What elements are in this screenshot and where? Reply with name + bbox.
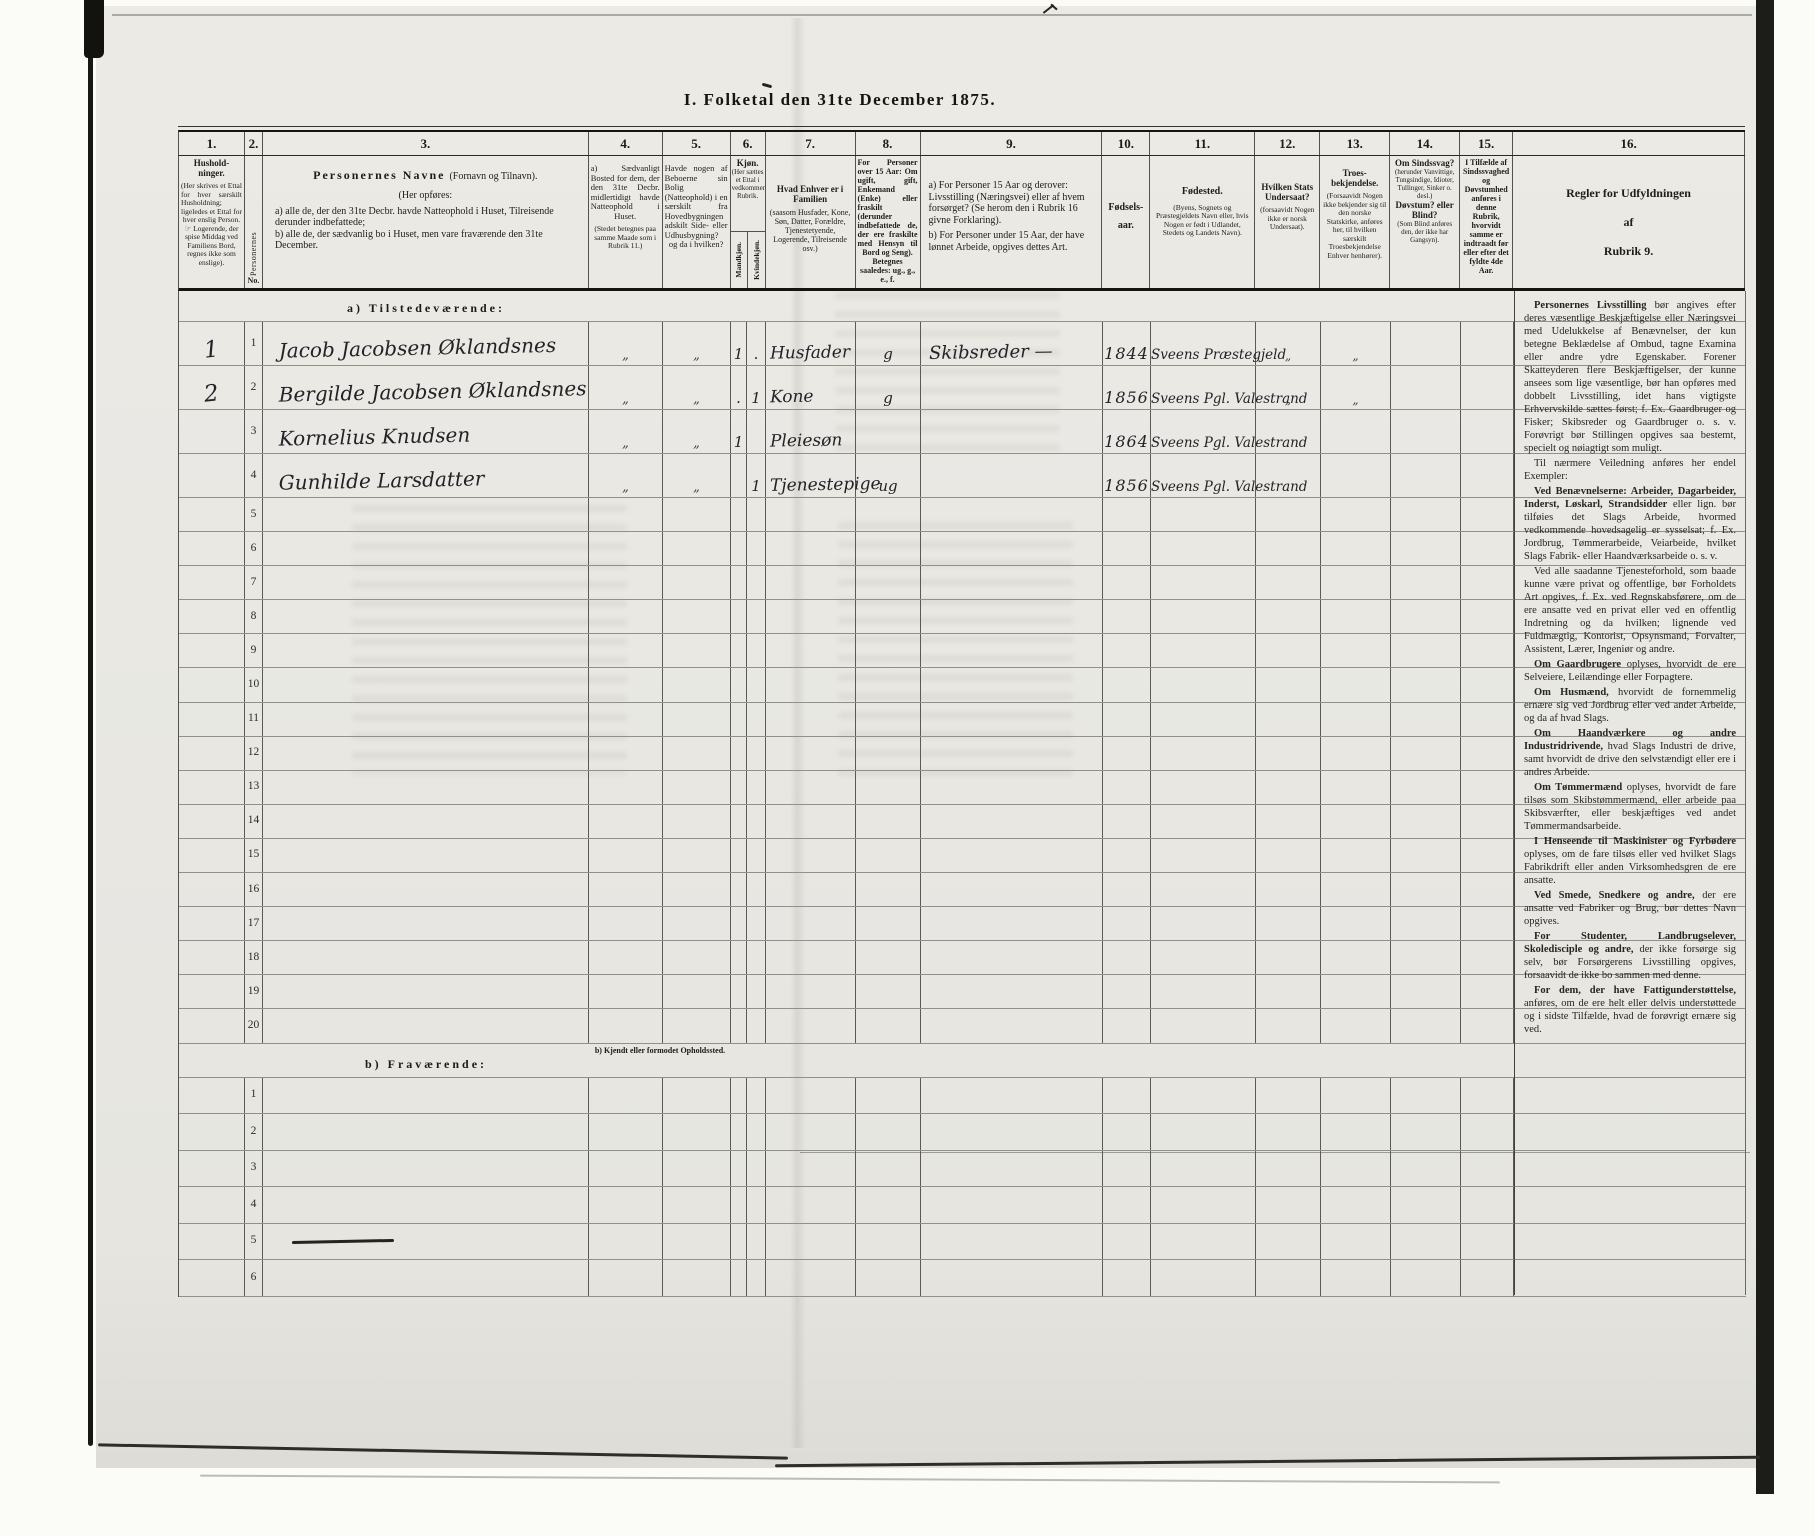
cell-c10 <box>1103 1260 1151 1296</box>
cell-c7 <box>766 566 856 599</box>
handwritten-entry: „ <box>693 392 700 407</box>
cell-c1 <box>179 703 245 736</box>
cell-c1 <box>179 737 245 770</box>
cell-c14 <box>1391 703 1461 736</box>
cell-c9 <box>921 975 1103 1008</box>
cell-c6m: 1 <box>731 322 747 365</box>
cell-c15 <box>1461 1260 1514 1296</box>
cell-c15 <box>1461 566 1514 599</box>
cell-c7 <box>766 771 856 804</box>
cell-c13: „ <box>1321 322 1391 365</box>
table-row: 11Jacob Jacobsen Øklandsnes„„1.Husfaderg… <box>179 322 1746 366</box>
cell-c12 <box>1256 532 1321 565</box>
handwritten-entry: 1 <box>751 389 761 407</box>
table-row: 20 <box>179 1009 1746 1043</box>
cell-c1 <box>179 532 245 565</box>
cell-c11 <box>1151 1260 1256 1296</box>
cell-c12 <box>1256 498 1321 531</box>
cell-c7 <box>766 600 856 633</box>
cell-c2: 15 <box>245 839 263 872</box>
no-label: No. <box>248 276 260 285</box>
cell-c13: „ <box>1321 366 1391 409</box>
cell-c9 <box>921 1009 1103 1042</box>
cell-c5 <box>663 805 731 838</box>
cell-c14 <box>1391 366 1461 409</box>
cell-c9 <box>921 668 1103 701</box>
handwritten-entry: Jacob Jacobsen Øklandsnes <box>262 333 556 363</box>
cell-c6k <box>747 498 766 531</box>
cell-c6k <box>747 1009 766 1042</box>
table-row: 22Bergilde Jacobsen Øklandsnes„„.1Koneg1… <box>179 366 1746 410</box>
rules-paragraph: Ved Smede, Snedkere og andre, der ere an… <box>1524 889 1736 928</box>
page-title: I. Folketal den 31te December 1875. <box>640 90 1040 110</box>
table-row: 5 <box>179 1224 1746 1261</box>
section-b-label: b) Fraværende: <box>263 1057 589 1072</box>
handwritten-entry: „ <box>693 436 700 451</box>
cell-c12 <box>1256 566 1321 599</box>
cell-c4 <box>589 839 663 872</box>
cell-c4 <box>589 566 663 599</box>
rules-instructions-text: Personernes Livsstilling bør angives eft… <box>1524 299 1736 1036</box>
cell-c4 <box>589 1151 663 1187</box>
cell-c11 <box>1151 1224 1256 1260</box>
cell-c11 <box>1151 600 1256 633</box>
cell-c5 <box>663 566 731 599</box>
cell-c13 <box>1321 566 1391 599</box>
cell-c8: g <box>856 322 921 365</box>
cell-c3 <box>263 600 589 633</box>
cell-c7: Pleiesøn <box>766 410 856 453</box>
cell-c6m <box>731 1114 747 1150</box>
col-header-title: Kjøn. <box>732 158 764 168</box>
row-number: 18 <box>248 951 260 963</box>
cell-c12 <box>1256 703 1321 736</box>
cell-c10 <box>1103 668 1151 701</box>
handwritten-entry: ug <box>878 477 897 495</box>
rules-paragraph: Om Gaardbrugere oplyses, hvorvidt de ere… <box>1524 658 1736 684</box>
handwritten-entry: Bergilde Jacobsen Øklandsnes <box>262 376 586 407</box>
rules-paragraph: Ved alle saadanne Tjenesteforhold, som b… <box>1524 565 1736 656</box>
cell-c5: „ <box>663 410 731 453</box>
cell-c8 <box>856 566 921 599</box>
cell-c7 <box>766 1260 856 1296</box>
cell-c13 <box>1321 454 1391 497</box>
table-row: 17 <box>179 907 1746 941</box>
row-number: 4 <box>251 469 257 481</box>
cell-c15 <box>1461 454 1514 497</box>
cell-c2: 9 <box>245 634 263 667</box>
cell-c10 <box>1103 771 1151 804</box>
handwritten-entry: „ <box>622 348 629 363</box>
cell-c2: 18 <box>245 941 263 974</box>
row-number: 1 <box>251 1088 257 1100</box>
cell-c8 <box>856 703 921 736</box>
cell-c7 <box>766 975 856 1008</box>
male-label: Mandkjøn. <box>734 242 743 278</box>
table-row: 12 <box>179 737 1746 771</box>
row-number: 8 <box>251 610 257 622</box>
page-top-edge <box>112 14 1752 16</box>
cell-c8 <box>856 1114 921 1150</box>
cell-c1 <box>179 668 245 701</box>
handwritten-entry: „ <box>693 480 700 495</box>
cell-c11 <box>1151 532 1256 565</box>
table-row: 15 <box>179 839 1746 873</box>
cell-c12 <box>1256 668 1321 701</box>
table-body: a) Tilstedeværende: 11Jacob Jacobsen Økl… <box>178 291 1746 1297</box>
cell-c10 <box>1103 1078 1151 1114</box>
cell-c6m <box>731 566 747 599</box>
cell-c4 <box>589 634 663 667</box>
col-header-outbuilding: Havde nogen af Beboerne sin Bolig (Natte… <box>663 156 731 288</box>
cell-c3 <box>263 1009 589 1042</box>
cell-c12 <box>1256 1078 1321 1114</box>
cell-c11 <box>1151 737 1256 770</box>
cell-c10 <box>1103 1151 1151 1187</box>
handwritten-entry: „ <box>622 480 629 495</box>
cell-c8 <box>856 1009 921 1042</box>
cell-c7 <box>766 805 856 838</box>
cell-c1 <box>179 805 245 838</box>
cell-c15 <box>1461 1151 1514 1187</box>
row-number: 10 <box>248 678 260 690</box>
col-number-2: 2. <box>245 132 263 155</box>
cell-c14 <box>1391 1224 1461 1260</box>
cell-c15 <box>1461 668 1514 701</box>
cell-c3 <box>263 1151 589 1187</box>
cell-c12 <box>1256 771 1321 804</box>
rules-paragraph: Om Husmænd, hvorvidt de fornemmelig ernæ… <box>1524 686 1736 725</box>
col-header-note: (Her opføres: <box>265 190 586 202</box>
cell-c15 <box>1461 498 1514 531</box>
col-header-birthplace: Fødested. (Byens, Sognets og Præstegjeld… <box>1150 156 1255 288</box>
cell-c11 <box>1151 907 1256 940</box>
table-row: 7 <box>179 566 1746 600</box>
col-header-item-b: b) For Personer under 15 Aar, der have l… <box>923 230 1100 253</box>
col-header-subtitle: (Fornavn og Tilnavn). <box>449 171 537 182</box>
cell-c2: 12 <box>245 737 263 770</box>
cell-c12 <box>1256 1009 1321 1042</box>
row-number: 3 <box>251 1161 257 1173</box>
cell-c13 <box>1321 975 1391 1008</box>
cell-c6m <box>731 532 747 565</box>
col-header-note: (Her skrives et Ettal for hver særskilt … <box>181 182 242 225</box>
cell-c8: g <box>856 366 921 409</box>
row-number: 19 <box>248 985 260 997</box>
cell-c2: 2 <box>245 366 263 409</box>
cell-c2: 3 <box>245 1151 263 1187</box>
cell-c4 <box>589 873 663 906</box>
cell-c12 <box>1256 634 1321 667</box>
cell-c5 <box>663 1078 731 1114</box>
cell-c13 <box>1321 873 1391 906</box>
cell-c9 <box>921 600 1103 633</box>
table-row: 13 <box>179 771 1746 805</box>
col-number-9: 9. <box>921 132 1103 155</box>
col-number-11: 11. <box>1150 132 1255 155</box>
rules-paragraph: Personernes Livsstilling bør angives eft… <box>1524 299 1736 455</box>
table-row: 3Kornelius Knudsen„„1Pleiesøn1864Sveens … <box>179 410 1746 454</box>
cell-c2: 14 <box>245 805 263 838</box>
cell-c5 <box>663 668 731 701</box>
cell-c5 <box>663 532 731 565</box>
cell-c10 <box>1103 634 1151 667</box>
cell-c15 <box>1461 703 1514 736</box>
cell-c3 <box>263 805 589 838</box>
table-row: 6 <box>179 1260 1746 1297</box>
cell-c14 <box>1391 839 1461 872</box>
cell-c5 <box>663 703 731 736</box>
col-number-16: 16. <box>1513 132 1745 155</box>
cell-c10 <box>1103 839 1151 872</box>
cell-c8 <box>856 668 921 701</box>
col-header-note: (Stedet betegnes paa samme Maade som i R… <box>591 225 660 251</box>
cell-c6k <box>747 1078 766 1114</box>
cell-c14 <box>1391 600 1461 633</box>
cell-c3 <box>263 1224 589 1260</box>
cell-c2: 5 <box>245 498 263 531</box>
cell-c15 <box>1461 634 1514 667</box>
cell-c13 <box>1321 1114 1391 1150</box>
cell-c5 <box>663 771 731 804</box>
absent-persons-rows: 123456 <box>179 1078 1746 1297</box>
col-header-title: Hvad Enhver er i Familien <box>768 184 853 204</box>
cell-c10: 1864 <box>1103 410 1151 453</box>
col-number-3: 3. <box>263 132 589 155</box>
cell-c13 <box>1321 1224 1391 1260</box>
scan-corner-artifact <box>84 0 104 58</box>
row-number: 9 <box>251 644 257 656</box>
cell-c13 <box>1321 907 1391 940</box>
table-row: 11 <box>179 703 1746 737</box>
cell-c9 <box>921 1260 1103 1296</box>
row-number: 7 <box>251 576 257 588</box>
cell-c12 <box>1256 1114 1321 1150</box>
cell-c11: Sveens Pgl. Valestrand <box>1151 454 1256 497</box>
cell-c6k <box>747 1224 766 1260</box>
cell-c6k <box>747 1114 766 1150</box>
subcol-female: Kvindekjøn. <box>748 232 765 288</box>
col-header-title: Fødested. <box>1152 186 1252 198</box>
handwritten-entry: 1 <box>734 345 744 363</box>
cell-c13 <box>1321 634 1391 667</box>
cell-c1 <box>179 634 245 667</box>
row-number: 6 <box>251 1271 257 1283</box>
cell-c14 <box>1391 566 1461 599</box>
table-row: 6 <box>179 532 1746 566</box>
cell-c11 <box>1151 634 1256 667</box>
cell-c3 <box>263 839 589 872</box>
cell-c13 <box>1321 703 1391 736</box>
col-header-note: (Som Blind anføres den, der ikke har Gan… <box>1392 220 1457 244</box>
cell-c6m <box>731 1009 747 1042</box>
cell-c5 <box>663 873 731 906</box>
col-number-13: 13. <box>1320 132 1390 155</box>
cell-c7 <box>766 703 856 736</box>
cell-c1 <box>179 1187 245 1223</box>
rules-title: Rubrik 9. <box>1515 244 1742 259</box>
cell-c6k <box>747 805 766 838</box>
census-table: 1. 2. 3. 4. 5. 6. 7. 8. 9. 10. 11. 12. 1… <box>178 130 1745 1297</box>
cell-c3 <box>263 634 589 667</box>
cell-c2: 10 <box>245 668 263 701</box>
cell-c11 <box>1151 839 1256 872</box>
handwritten-entry: 1856 <box>1104 476 1149 495</box>
row-number: 16 <box>248 883 260 895</box>
cell-c2: 6 <box>245 1260 263 1296</box>
cell-c6k: . <box>747 322 766 365</box>
col-header-body: a) Sædvanligt Bosted for dem, der den 31… <box>591 164 660 221</box>
col-header-note: (herunder Vanvittige, Tungsindige, Idiot… <box>1392 168 1457 200</box>
scan-right-edge-artifact <box>1756 0 1774 1494</box>
column-description-row: Hushold-ninger. (Her skrives et Ettal fo… <box>178 156 1745 291</box>
cell-c11 <box>1151 1078 1256 1114</box>
col-header-rules: Regler for Udfyldningen af Rubrik 9. <box>1513 156 1745 288</box>
cell-c8 <box>856 1187 921 1223</box>
cell-c12 <box>1256 907 1321 940</box>
cell-c14 <box>1391 322 1461 365</box>
col-header-note: (Her sættes et Ettal i vedkommende Rubri… <box>732 168 764 200</box>
cell-c15 <box>1461 873 1514 906</box>
cell-c15 <box>1461 975 1514 1008</box>
cell-c7 <box>766 737 856 770</box>
cell-c6m <box>731 771 747 804</box>
handwritten-entry: 1844 <box>1104 344 1149 363</box>
row-number: 2 <box>251 381 257 393</box>
handwritten-entry: „ <box>1285 393 1291 407</box>
cell-c12 <box>1256 941 1321 974</box>
cell-c6m <box>731 941 747 974</box>
cell-c4 <box>589 805 663 838</box>
cell-c10 <box>1103 498 1151 531</box>
col-header-note: Betegnes saaledes: ug., g., e., f. <box>858 257 918 284</box>
cell-c14 <box>1391 498 1461 531</box>
handwritten-entry: 1 <box>203 336 220 363</box>
cell-c5 <box>663 1151 731 1187</box>
col-number-4: 4. <box>589 132 663 155</box>
table-row: 4Gunhilde Larsdatter„„1Tjenestepigeug185… <box>179 454 1746 498</box>
cell-c7 <box>766 907 856 940</box>
table-header: 1. 2. 3. 4. 5. 6. 7. 8. 9. 10. 11. 12. 1… <box>178 130 1745 291</box>
col-header-item-a: a) For Personer 15 Aar og derover: Livss… <box>923 180 1100 226</box>
female-label: Kvindekjøn. <box>752 240 761 280</box>
cell-c7 <box>766 1114 856 1150</box>
cell-c4: „ <box>589 322 663 365</box>
row-number: 6 <box>251 542 257 554</box>
cell-c11 <box>1151 771 1256 804</box>
cell-c15 <box>1461 366 1514 409</box>
cell-c10 <box>1103 873 1151 906</box>
cell-c3 <box>263 1260 589 1296</box>
table-row: 9 <box>179 634 1746 668</box>
cell-c9 <box>921 737 1103 770</box>
cell-c3 <box>263 975 589 1008</box>
section-a-label: a) Tilstedeværende: <box>263 301 589 316</box>
cell-c13 <box>1321 1260 1391 1296</box>
col-header-religion: Troes-bekjendelse. (Forsaavidt Nogen ikk… <box>1320 156 1390 288</box>
cell-c8 <box>856 737 921 770</box>
cell-c7 <box>766 1224 856 1260</box>
handwritten-entry: „ <box>1352 349 1358 363</box>
cell-c12 <box>1256 1260 1321 1296</box>
cell-c10 <box>1103 1009 1151 1042</box>
cell-c6m <box>731 634 747 667</box>
column-number-row: 1. 2. 3. 4. 5. 6. 7. 8. 9. 10. 11. 12. 1… <box>178 130 1745 156</box>
cell-c2: 19 <box>245 975 263 1008</box>
cell-c5 <box>663 1114 731 1150</box>
col-header-body: Havde nogen af Beboerne sin Bolig (Natte… <box>665 164 728 250</box>
row-number: 5 <box>251 508 257 520</box>
col-header-marital-status: For Personer over 15 Aar: Om ugift, gift… <box>856 156 921 288</box>
cell-c14 <box>1391 454 1461 497</box>
cell-c6k <box>747 873 766 906</box>
rules-paragraph: Ved Benævnelserne: Arbeider, Dagarbeider… <box>1524 485 1736 563</box>
cell-c1 <box>179 941 245 974</box>
col-header-title: Hvilken Stats Undersaat? <box>1257 182 1317 202</box>
cell-c9 <box>921 1187 1103 1223</box>
cell-c13 <box>1321 1151 1391 1187</box>
cell-c6m <box>731 1078 747 1114</box>
col-number-12: 12. <box>1255 132 1320 155</box>
cell-c14 <box>1391 771 1461 804</box>
cell-c6m <box>731 737 747 770</box>
cell-c8 <box>856 1078 921 1114</box>
cell-c10 <box>1103 1187 1151 1223</box>
cell-c15 <box>1461 1224 1514 1260</box>
col-header-note: (Forsaavidt Nogen ikke bekjender sig til… <box>1322 192 1387 260</box>
cell-c14 <box>1391 668 1461 701</box>
cell-c6m: . <box>731 366 747 409</box>
cell-c5 <box>663 1187 731 1223</box>
col-number-6: 6. <box>731 132 766 155</box>
handwritten-entry: „ <box>1352 393 1358 407</box>
cell-c5 <box>663 634 731 667</box>
cell-c6k <box>747 1187 766 1223</box>
cell-c15 <box>1461 600 1514 633</box>
cell-c9 <box>921 1114 1103 1150</box>
cell-c14 <box>1391 737 1461 770</box>
cell-c3: Kornelius Knudsen <box>263 410 589 453</box>
table-row: 19 <box>179 975 1746 1009</box>
handwritten-entry: 2 <box>203 380 220 407</box>
cell-c6m <box>731 600 747 633</box>
cell-c6m <box>731 1187 747 1223</box>
section-b-note: b) Kjendt eller formodet Opholdssted. <box>589 1046 731 1055</box>
cell-c12 <box>1256 975 1321 1008</box>
scan-left-edge-artifact <box>88 16 93 1446</box>
cell-c3 <box>263 941 589 974</box>
handwritten-entry: „ <box>693 348 700 363</box>
cell-c14 <box>1391 1114 1461 1150</box>
col-header-family-position: Hvad Enhver er i Familien (saasom Husfad… <box>766 156 856 288</box>
cell-c9 <box>921 498 1103 531</box>
cell-c10 <box>1103 907 1151 940</box>
cell-c3: Bergilde Jacobsen Øklandsnes <box>263 366 589 409</box>
cell-c11 <box>1151 566 1256 599</box>
rules-title: Regler for Udfyldningen <box>1515 186 1742 201</box>
cell-c13 <box>1321 410 1391 453</box>
cell-c14 <box>1391 1151 1461 1187</box>
cell-c11 <box>1151 1114 1256 1150</box>
cell-c15 <box>1461 839 1514 872</box>
col-header-body: I Tilfælde af Sindssvaghed og Døvstumhed… <box>1462 158 1510 275</box>
handwritten-entry: g <box>883 345 893 363</box>
cell-c9: Skibsreder — <box>921 322 1103 365</box>
cell-c9 <box>921 1224 1103 1260</box>
cell-c13 <box>1321 600 1391 633</box>
cell-c7 <box>766 1009 856 1042</box>
cell-c1 <box>179 1078 245 1114</box>
